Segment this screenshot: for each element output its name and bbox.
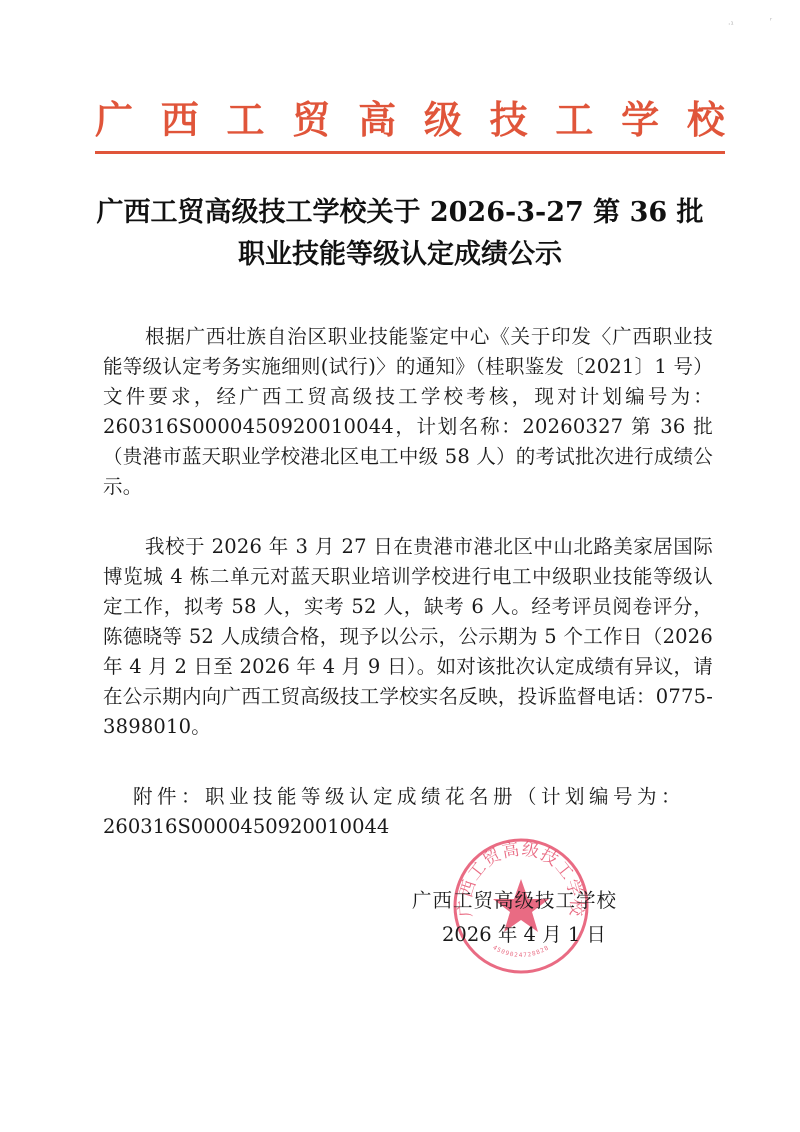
document-title-line-2: 职业技能等级认定成绩公示: [80, 234, 720, 276]
scan-artifact: ·¹: [728, 20, 734, 29]
signature-date: 2026 年 4 月 1 日: [412, 918, 632, 952]
letterhead-char: 工: [555, 96, 593, 144]
signature-org: 广西工贸高级技工学校: [412, 884, 632, 918]
letterhead-char: 贸: [292, 96, 330, 144]
letterhead-char: 校: [687, 96, 725, 144]
scan-artifact: ʳ: [770, 16, 772, 25]
letterhead-char: 级: [424, 96, 462, 144]
attachment-plan-code: 260316S0000450920010044: [103, 812, 713, 842]
document-title-line-1: 广西工贸高级技工学校关于 2026-3-27 第 36 批: [80, 192, 720, 234]
letterhead-char: 西: [161, 96, 199, 144]
paragraph-text: 根据广西壮族自治区职业技能鉴定中心《关于印发〈广西职业技能等级认定考务实施细则(…: [103, 322, 713, 502]
letterhead-char: 广: [95, 96, 133, 144]
letterhead-divider: [95, 151, 725, 154]
attachment-label: 附件：职业技能等级认定成绩花名册（计划编号为：: [103, 782, 713, 812]
letterhead-char: 工: [227, 96, 265, 144]
document-page: ·¹ ʳ 广 西 工 贸 高 级 技 工 学 校 广西工贸高级技工学校关于 20…: [0, 0, 800, 1132]
letterhead-char: 高: [358, 96, 396, 144]
body-paragraph-1: 根据广西壮族自治区职业技能鉴定中心《关于印发〈广西职业技能等级认定考务实施细则(…: [103, 322, 713, 502]
paragraph-text: 我校于 2026 年 3 月 27 日在贵港市港北区中山北路美家居国际博览城 4…: [103, 532, 713, 742]
letterhead-char: 学: [621, 96, 659, 144]
signature-block: 广西工贸高级技工学校 2026 年 4 月 1 日: [412, 884, 632, 952]
attachment-note: 附件：职业技能等级认定成绩花名册（计划编号为： 260316S000045092…: [103, 782, 713, 842]
letterhead-char: 技: [490, 96, 528, 144]
letterhead-org-name: 广 西 工 贸 高 级 技 工 学 校: [95, 96, 725, 144]
body-paragraph-2: 我校于 2026 年 3 月 27 日在贵港市港北区中山北路美家居国际博览城 4…: [103, 532, 713, 742]
